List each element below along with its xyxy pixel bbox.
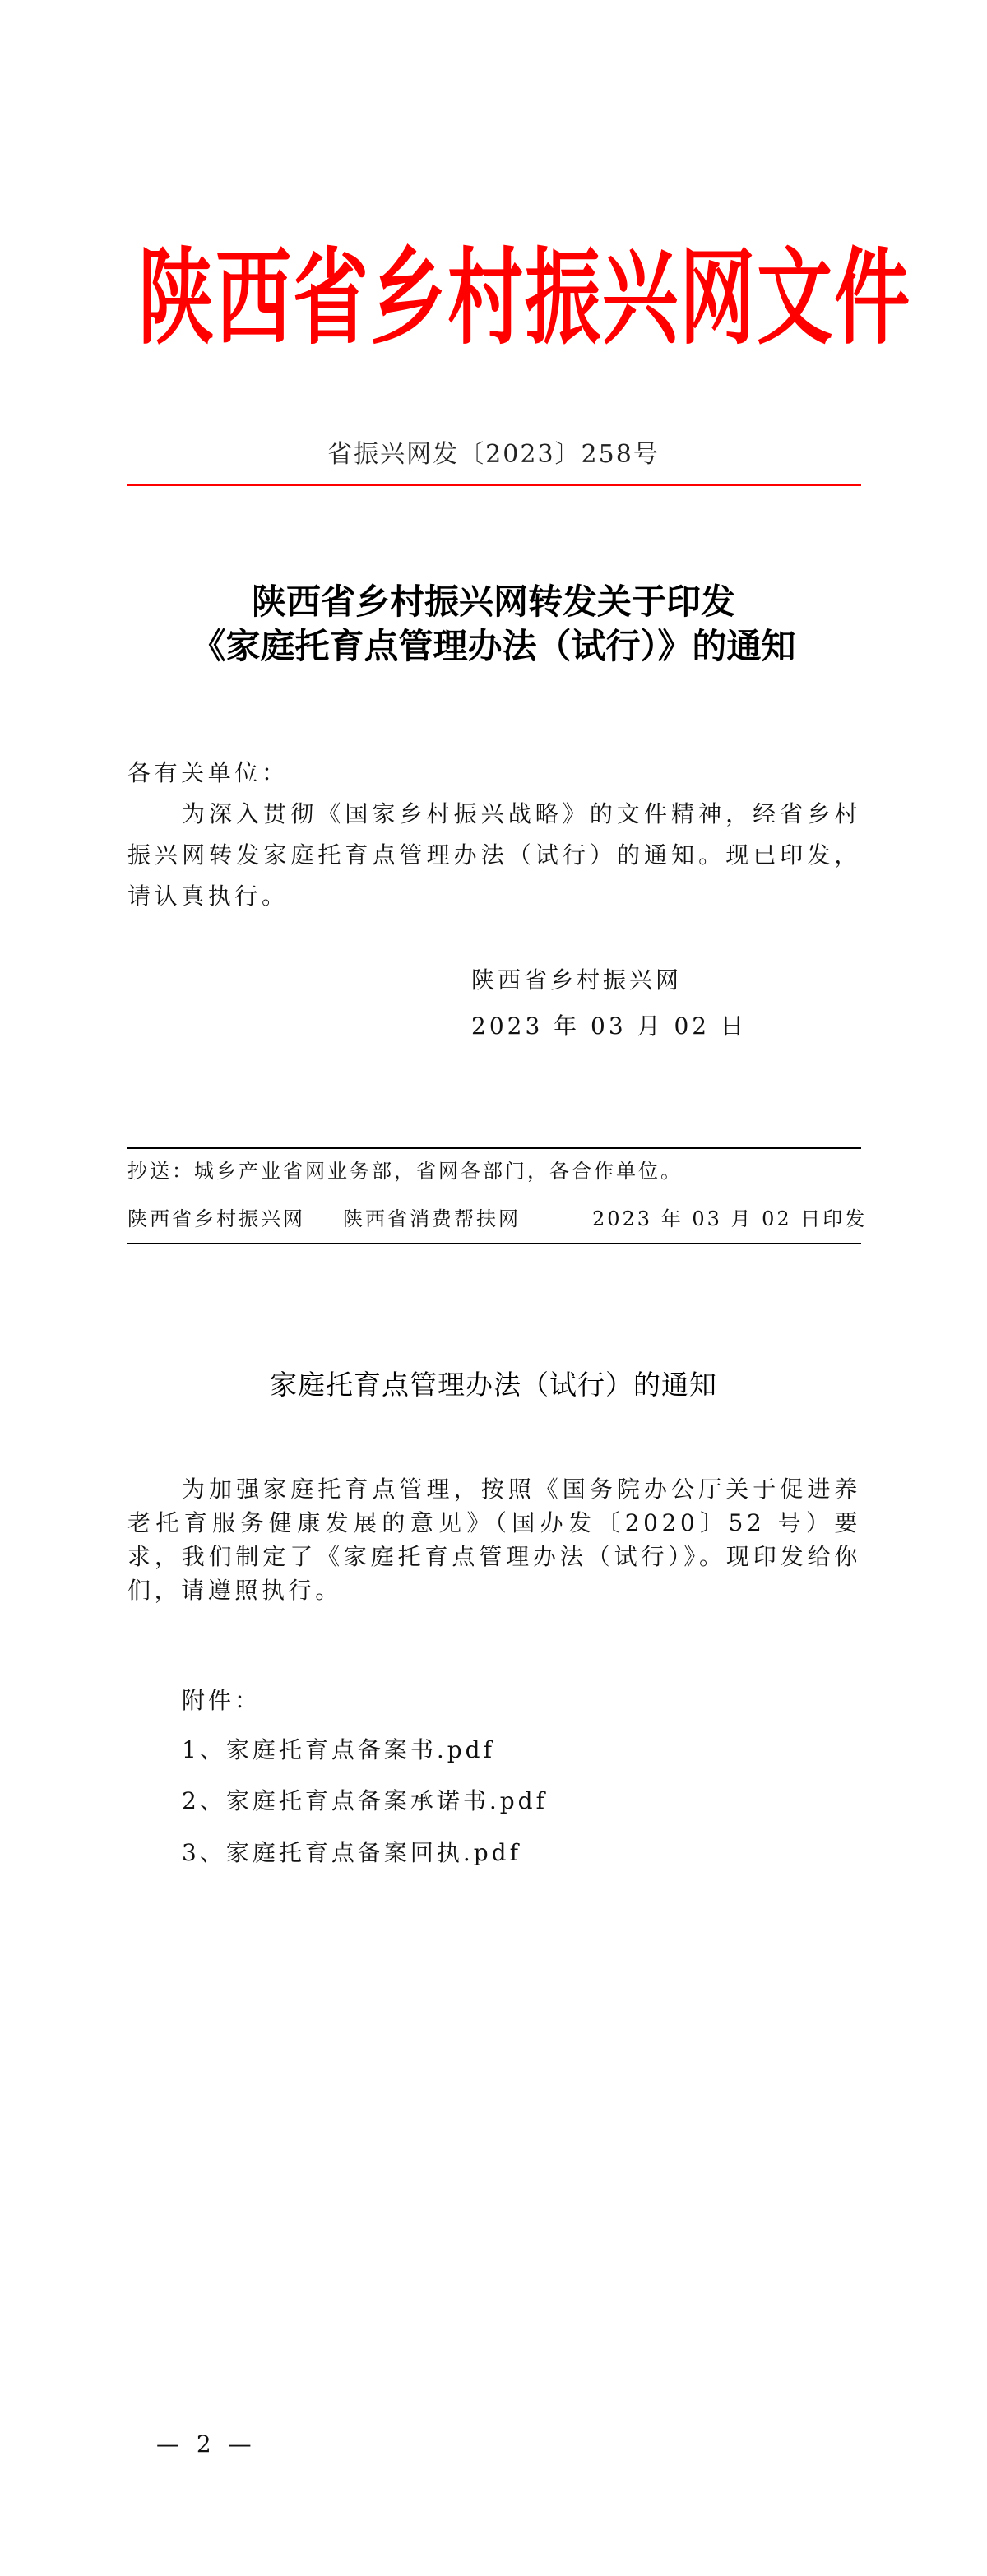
header-char: 乡 (370, 223, 447, 373)
document-number: 省振兴网发〔2023〕258号 (0, 439, 987, 470)
header-char: 村 (447, 223, 525, 373)
attachment-link[interactable]: 3、家庭托育点备案回执.pdf (182, 1837, 521, 1869)
issuer-1: 陕西省乡村振兴网 (127, 1207, 305, 1231)
header-char: 文 (757, 223, 834, 373)
notice-body: 为深入贯彻《国家乡村振兴战略》的文件精神，经省乡村振兴网转发家庭托育点管理办法（… (127, 794, 861, 917)
notice-title-line2: 《家庭托育点管理办法（试行）》的通知 (0, 623, 987, 669)
print-date: 2023 年 03 月 02 日印发 (592, 1207, 867, 1231)
header-char: 西 (215, 223, 293, 373)
notice-title-line1: 陕西省乡村振兴网转发关于印发 (0, 579, 987, 625)
attachments-label: 附件： (182, 1684, 261, 1717)
cc-line: 抄送：城乡产业省网业务部，省网各部门，各合作单位。 (127, 1159, 683, 1184)
signature-date: 2023 年 03 月 02 日 (471, 1003, 747, 1049)
red-divider (127, 484, 861, 486)
page-number: — 2 — (156, 2431, 257, 2458)
issuer-header-title: 陕 西 省 乡 村 振 兴 网 文 件 (138, 243, 850, 352)
attached-notice-body: 为加强家庭托育点管理，按照《国务院办公厅关于促进养老托育服务健康发展的意见》（国… (127, 1472, 861, 1607)
issuer-2: 陕西省消费帮扶网 (343, 1207, 521, 1231)
cc-bottom-rule (127, 1243, 861, 1244)
header-char: 陕 (138, 223, 215, 373)
header-char: 件 (834, 223, 911, 373)
attachment-link[interactable]: 2、家庭托育点备案承诺书.pdf (182, 1785, 548, 1818)
header-char: 振 (525, 223, 602, 373)
cc-middle-rule (127, 1193, 861, 1193)
salutation: 各有关单位： (127, 753, 861, 794)
signature-org: 陕西省乡村振兴网 (471, 957, 682, 1003)
attachment-link[interactable]: 1、家庭托育点备案书.pdf (182, 1734, 495, 1767)
header-char: 省 (293, 223, 370, 373)
attached-notice-title: 家庭托育点管理办法（试行）的通知 (0, 1369, 987, 1402)
header-char: 兴 (602, 223, 679, 373)
header-char: 网 (679, 223, 757, 373)
cc-top-rule (127, 1147, 861, 1149)
